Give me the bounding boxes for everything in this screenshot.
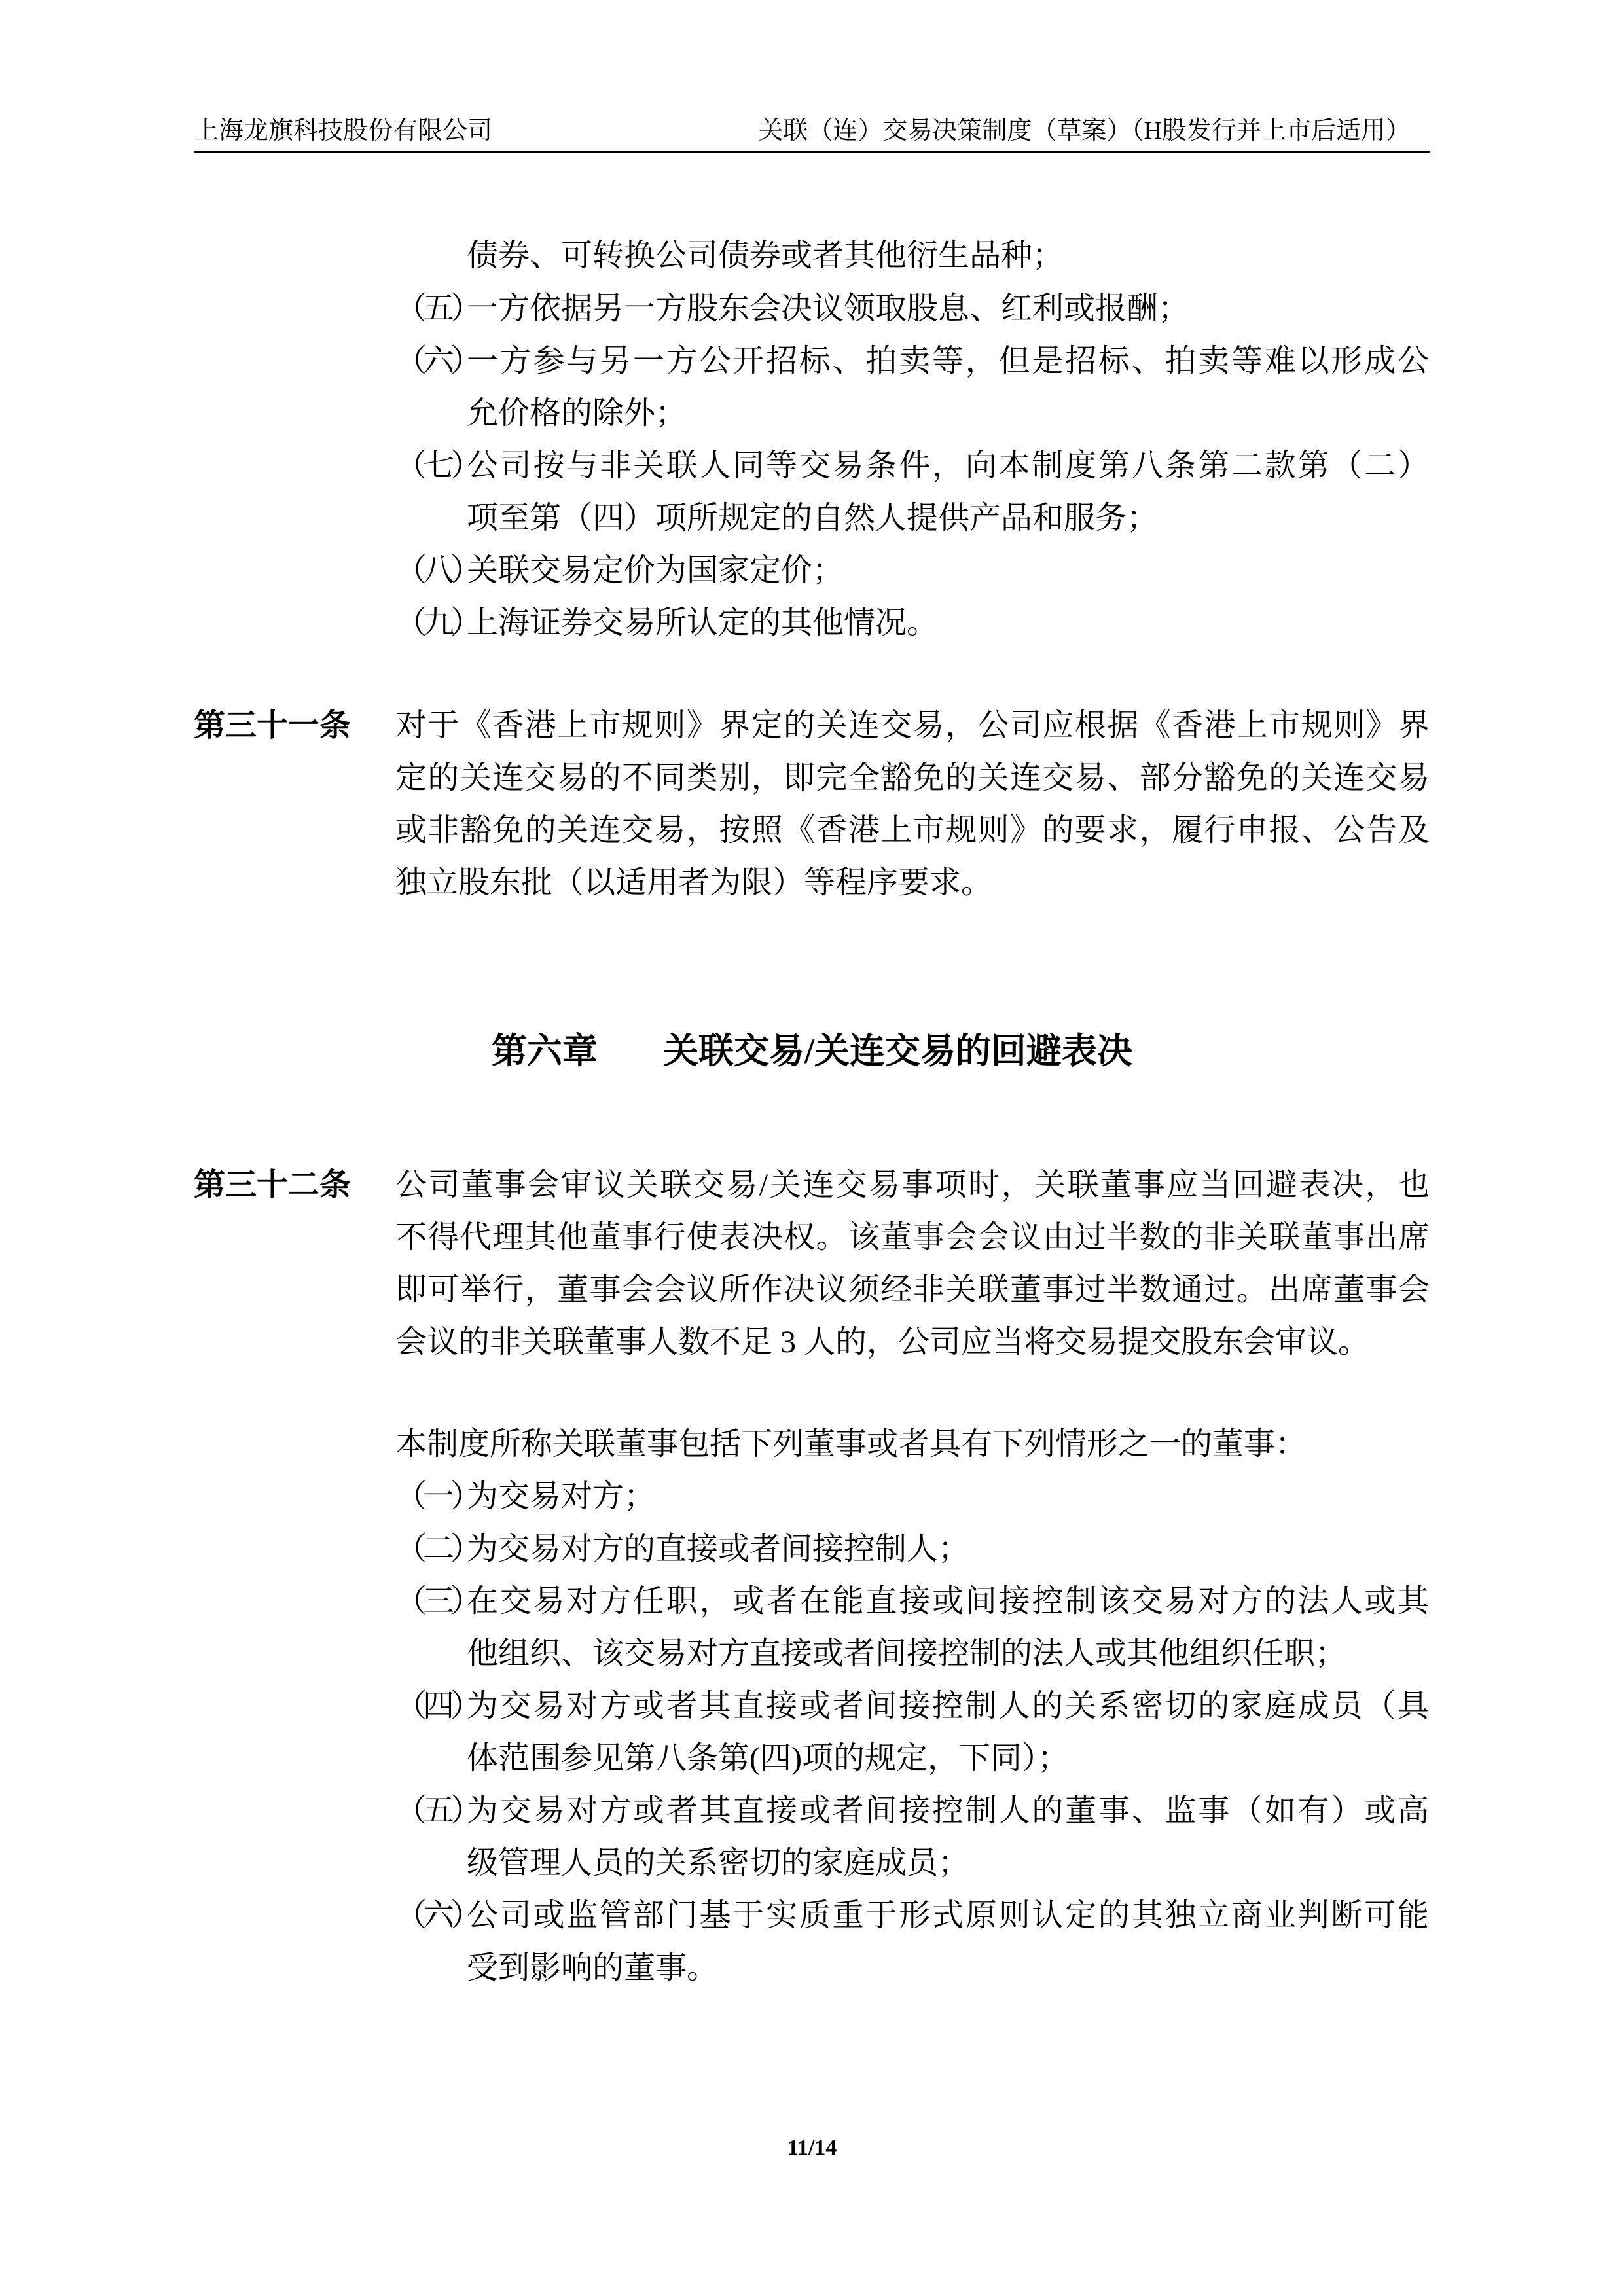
page-header: 上海龙旗科技股份有限公司 关联（连）交易决策制度（草案）（H股发行并上市后适用） [194,113,1430,149]
article-text-line: 独立股东批（以适用者为限）等程序要求。 [395,857,992,909]
list-item-text: 为交易对方； [467,1471,655,1523]
list-item-label: （六） [395,335,463,387]
article-text-line: 即可举行，董事会会议所作决议须经非关联董事过半数通过。出席董事会 [395,1264,1430,1316]
chapter-title: 关联交易/关连交易的回避表决 [663,1031,1132,1071]
list-item-label: （七） [395,440,463,492]
list-item-label: （九） [395,597,463,649]
list-item-text: 他组织、该交易对方直接或者间接控制的法人或其他组织任职； [467,1628,1346,1680]
article-text-line: 或非豁免的关连交易，按照《香港上市规则》的要求，履行申报、公告及 [395,804,1430,857]
header-company-name: 上海龙旗科技股份有限公司 [194,113,492,149]
article-paragraph: 本制度所称关联董事包括下列董事或者具有下列情形之一的董事： [395,1418,1307,1471]
list-item-text: 一方依据另一方股东会决议领取股息、红利或报酬； [467,283,1189,335]
list-item-text: 允价格的除外； [467,387,687,440]
list-item-text: 上海证券交易所认定的其他情况。 [467,597,938,649]
header-document-title: 关联（连）交易决策制度（草案）（H股发行并上市后适用） [759,113,1411,149]
list-item-text: 一方参与另一方公开招标、拍卖等，但是招标、拍卖等难以形成公 [467,335,1429,387]
list-item-label: （八） [395,545,463,597]
list-item-text: 体范围参见第八条第(四)项的规定，下同）； [467,1732,1069,1785]
page-number: 11/14 [0,2132,1624,2164]
chapter-number: 第六章 [492,1031,598,1071]
list-item-text: 为交易对方或者其直接或者间接控制人的关系密切的家庭成员（具 [467,1680,1429,1732]
article-label: 第三十二条 [194,1159,351,1211]
list-item-label: （一） [395,1471,463,1523]
article-text-line: 定的关连交易的不同类别，即完全豁免的关连交易、部分豁免的关连交易 [395,752,1430,804]
list-item-text: 关联交易定价为国家定价； [467,545,844,597]
header-rule [194,151,1430,153]
article-label: 第三十一条 [194,700,351,752]
list-item-label: （五） [395,1785,463,1837]
list-item-text: 公司按与非关联人同等交易条件，向本制度第八条第二款第（二） [467,440,1429,492]
chapter-heading: 第六章关联交易/关连交易的回避表决 [0,1025,1624,1077]
list-item-label: （三） [395,1575,463,1628]
list-item-text: 级管理人员的关系密切的家庭成员； [467,1837,969,1890]
list-item-label: （二） [395,1523,463,1575]
list-item-label: （六） [395,1890,463,1942]
list-item-text: 公司或监管部门基于实质重于形式原则认定的其独立商业判断可能 [467,1890,1429,1942]
article-text-line: 会议的非关联董事人数不足 3 人的，公司应当将交易提交股东会审议。 [395,1316,1369,1369]
list-item-text: 为交易对方的直接或者间接控制人； [467,1523,969,1575]
list-item-text: 为交易对方或者其直接或者间接控制人的董事、监事（如有）或高 [467,1785,1429,1837]
list-item-continuation: 债券、可转换公司债券或者其他衍生品种； [467,230,1064,282]
list-item-label: （五） [395,283,463,335]
article-text-line: 不得代理其他董事行使表决权。该董事会会议由过半数的非关联董事出席 [395,1211,1430,1264]
article-text-line: 对于《香港上市规则》界定的关连交易，公司应根据《香港上市规则》界 [395,700,1430,752]
list-item-text: 项至第（四）项所规定的自然人提供产品和服务； [467,492,1158,545]
article-text-line: 公司董事会审议关联交易/关连交易事项时，关联董事应当回避表决，也 [395,1159,1430,1211]
list-item-label: （四） [395,1680,463,1732]
list-item-text: 在交易对方任职，或者在能直接或间接控制该交易对方的法人或其 [467,1575,1429,1628]
list-item-text: 受到影响的董事。 [467,1942,718,1994]
